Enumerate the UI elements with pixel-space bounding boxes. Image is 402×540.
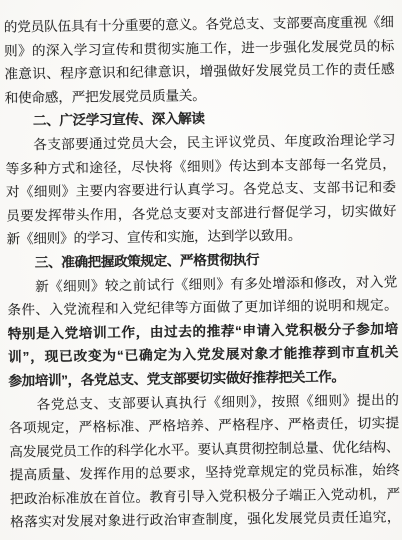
document-page: 的党员队伍具有十分重要的意义。各党总支、支部要高度重视《细则》的深入学习宣传和贯…	[0, 0, 402, 540]
document-text-block: 的党员队伍具有十分重要的意义。各党总支、支部要高度重视《细则》的深入学习宣传和贯…	[4, 10, 401, 534]
text-line: 格落实对发展对象进行政治审查制度，强化发展党员责任追究，	[10, 506, 400, 535]
